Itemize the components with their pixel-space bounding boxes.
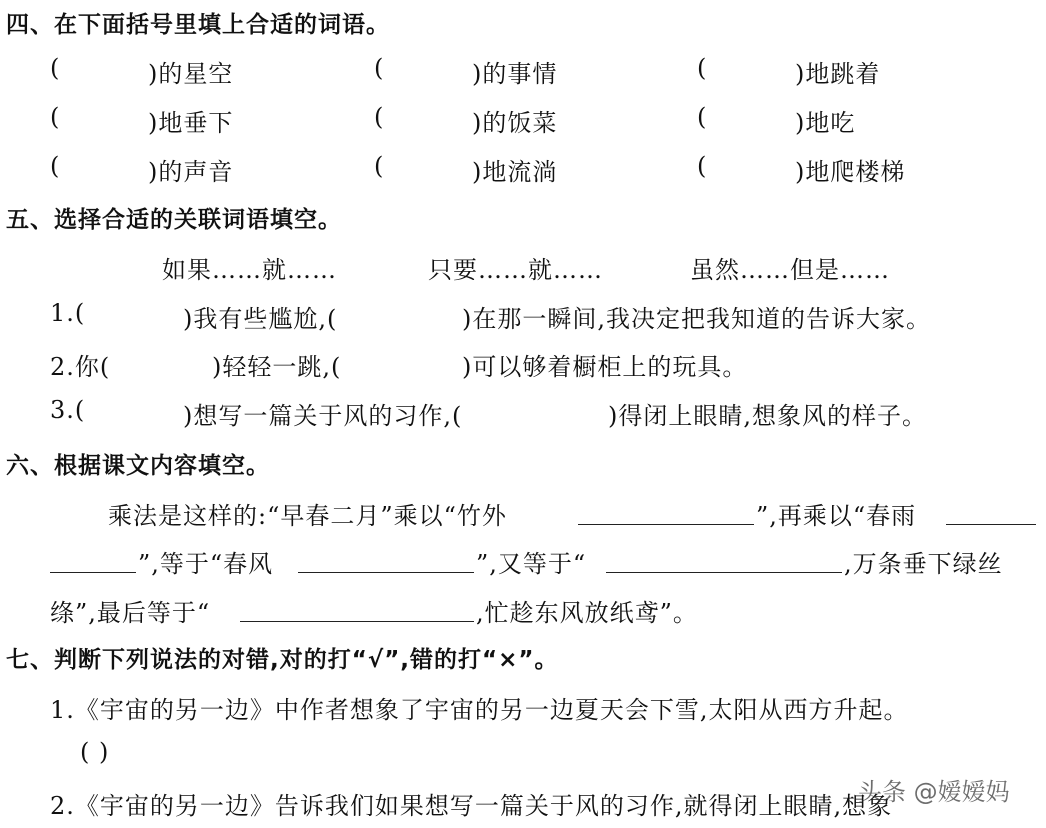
paren-open: ( xyxy=(374,152,384,180)
paren-open: ( xyxy=(697,152,707,180)
fill-item: )地吃 xyxy=(795,103,855,138)
fill-item: )地垂下 xyxy=(148,103,233,138)
paren-open: ( xyxy=(50,152,60,180)
q2-part-c: )可以够着橱柜上的玩具。 xyxy=(462,347,747,382)
fill-item: )的星空 xyxy=(148,54,233,89)
fill-item: )的事情 xyxy=(472,54,557,89)
fill-item: )的饭菜 xyxy=(472,103,557,138)
q3-part-b: )想写一篇关于风的习作,( xyxy=(183,396,462,431)
watermark: 头条 @嫒嫒妈 xyxy=(858,772,1010,807)
line3-text-b: ,忙趁东风放纸鸢”。 xyxy=(476,593,698,628)
paren-open: ( xyxy=(50,54,60,82)
section-7-title: 七、判断下列说法的对错,对的打“√”,错的打“×”。 xyxy=(6,641,559,674)
blank-1[interactable] xyxy=(578,498,754,525)
option-3: 虽然……但是…… xyxy=(690,250,890,285)
paren-open: ( xyxy=(374,103,384,131)
judge-q2: 2.《宇宙的另一边》告诉我们如果想写一篇关于风的习作,就得闭上眼睛,想象 xyxy=(50,786,892,821)
q3-part-a: 3.( xyxy=(50,396,85,424)
line1-text-a: 乘法是这样的:“早春二月”乘以“竹外 xyxy=(108,496,507,531)
section-4-title: 四、在下面括号里填上合适的词语。 xyxy=(6,6,390,39)
fill-item: )地跳着 xyxy=(795,54,880,89)
line1-text-b: ”,再乘以“春雨 xyxy=(756,496,916,531)
blank-5[interactable] xyxy=(240,595,474,622)
q1-part-b: )我有些尴尬,( xyxy=(183,299,337,334)
judge-q1: 1.《宇宙的另一边》中作者想象了宇宙的另一边夏天会下雪,太阳从西方升起。 xyxy=(50,690,909,725)
section-5-title: 五、选择合适的关联词语填空。 xyxy=(6,201,342,234)
line2-text-a: ”,等于“春风 xyxy=(138,544,273,579)
blank-2b[interactable] xyxy=(50,546,136,573)
q2-part-a: 2.你( xyxy=(50,347,110,382)
q1-part-c: )在那一瞬间,我决定把我知道的告诉大家。 xyxy=(462,299,931,334)
line2-text-c: ,万条垂下绿丝 xyxy=(844,544,1003,579)
paren-open: ( xyxy=(50,103,60,131)
fill-item: )地流淌 xyxy=(472,152,557,187)
paren-open: ( xyxy=(697,103,707,131)
option-2: 只要……就…… xyxy=(428,250,603,285)
blank-4[interactable] xyxy=(606,546,842,573)
line2-text-b: ”,又等于“ xyxy=(476,544,586,579)
section-6-title: 六、根据课文内容填空。 xyxy=(6,447,270,480)
blank-3[interactable] xyxy=(298,546,474,573)
paren-open: ( xyxy=(374,54,384,82)
fill-item: )地爬楼梯 xyxy=(795,152,905,187)
paren-open: ( xyxy=(697,54,707,82)
option-1: 如果……就…… xyxy=(162,250,337,285)
fill-item: )的声音 xyxy=(148,152,233,187)
q3-part-c: )得闭上眼睛,想象风的样子。 xyxy=(608,396,927,431)
blank-2a[interactable] xyxy=(946,498,1036,525)
line3-text-a: 绦”,最后等于“ xyxy=(50,593,210,628)
q2-part-b: )轻轻一跳,( xyxy=(212,347,341,382)
judge-q1-answer[interactable]: ( ) xyxy=(80,738,109,766)
q1-part-a: 1.( xyxy=(50,299,85,327)
